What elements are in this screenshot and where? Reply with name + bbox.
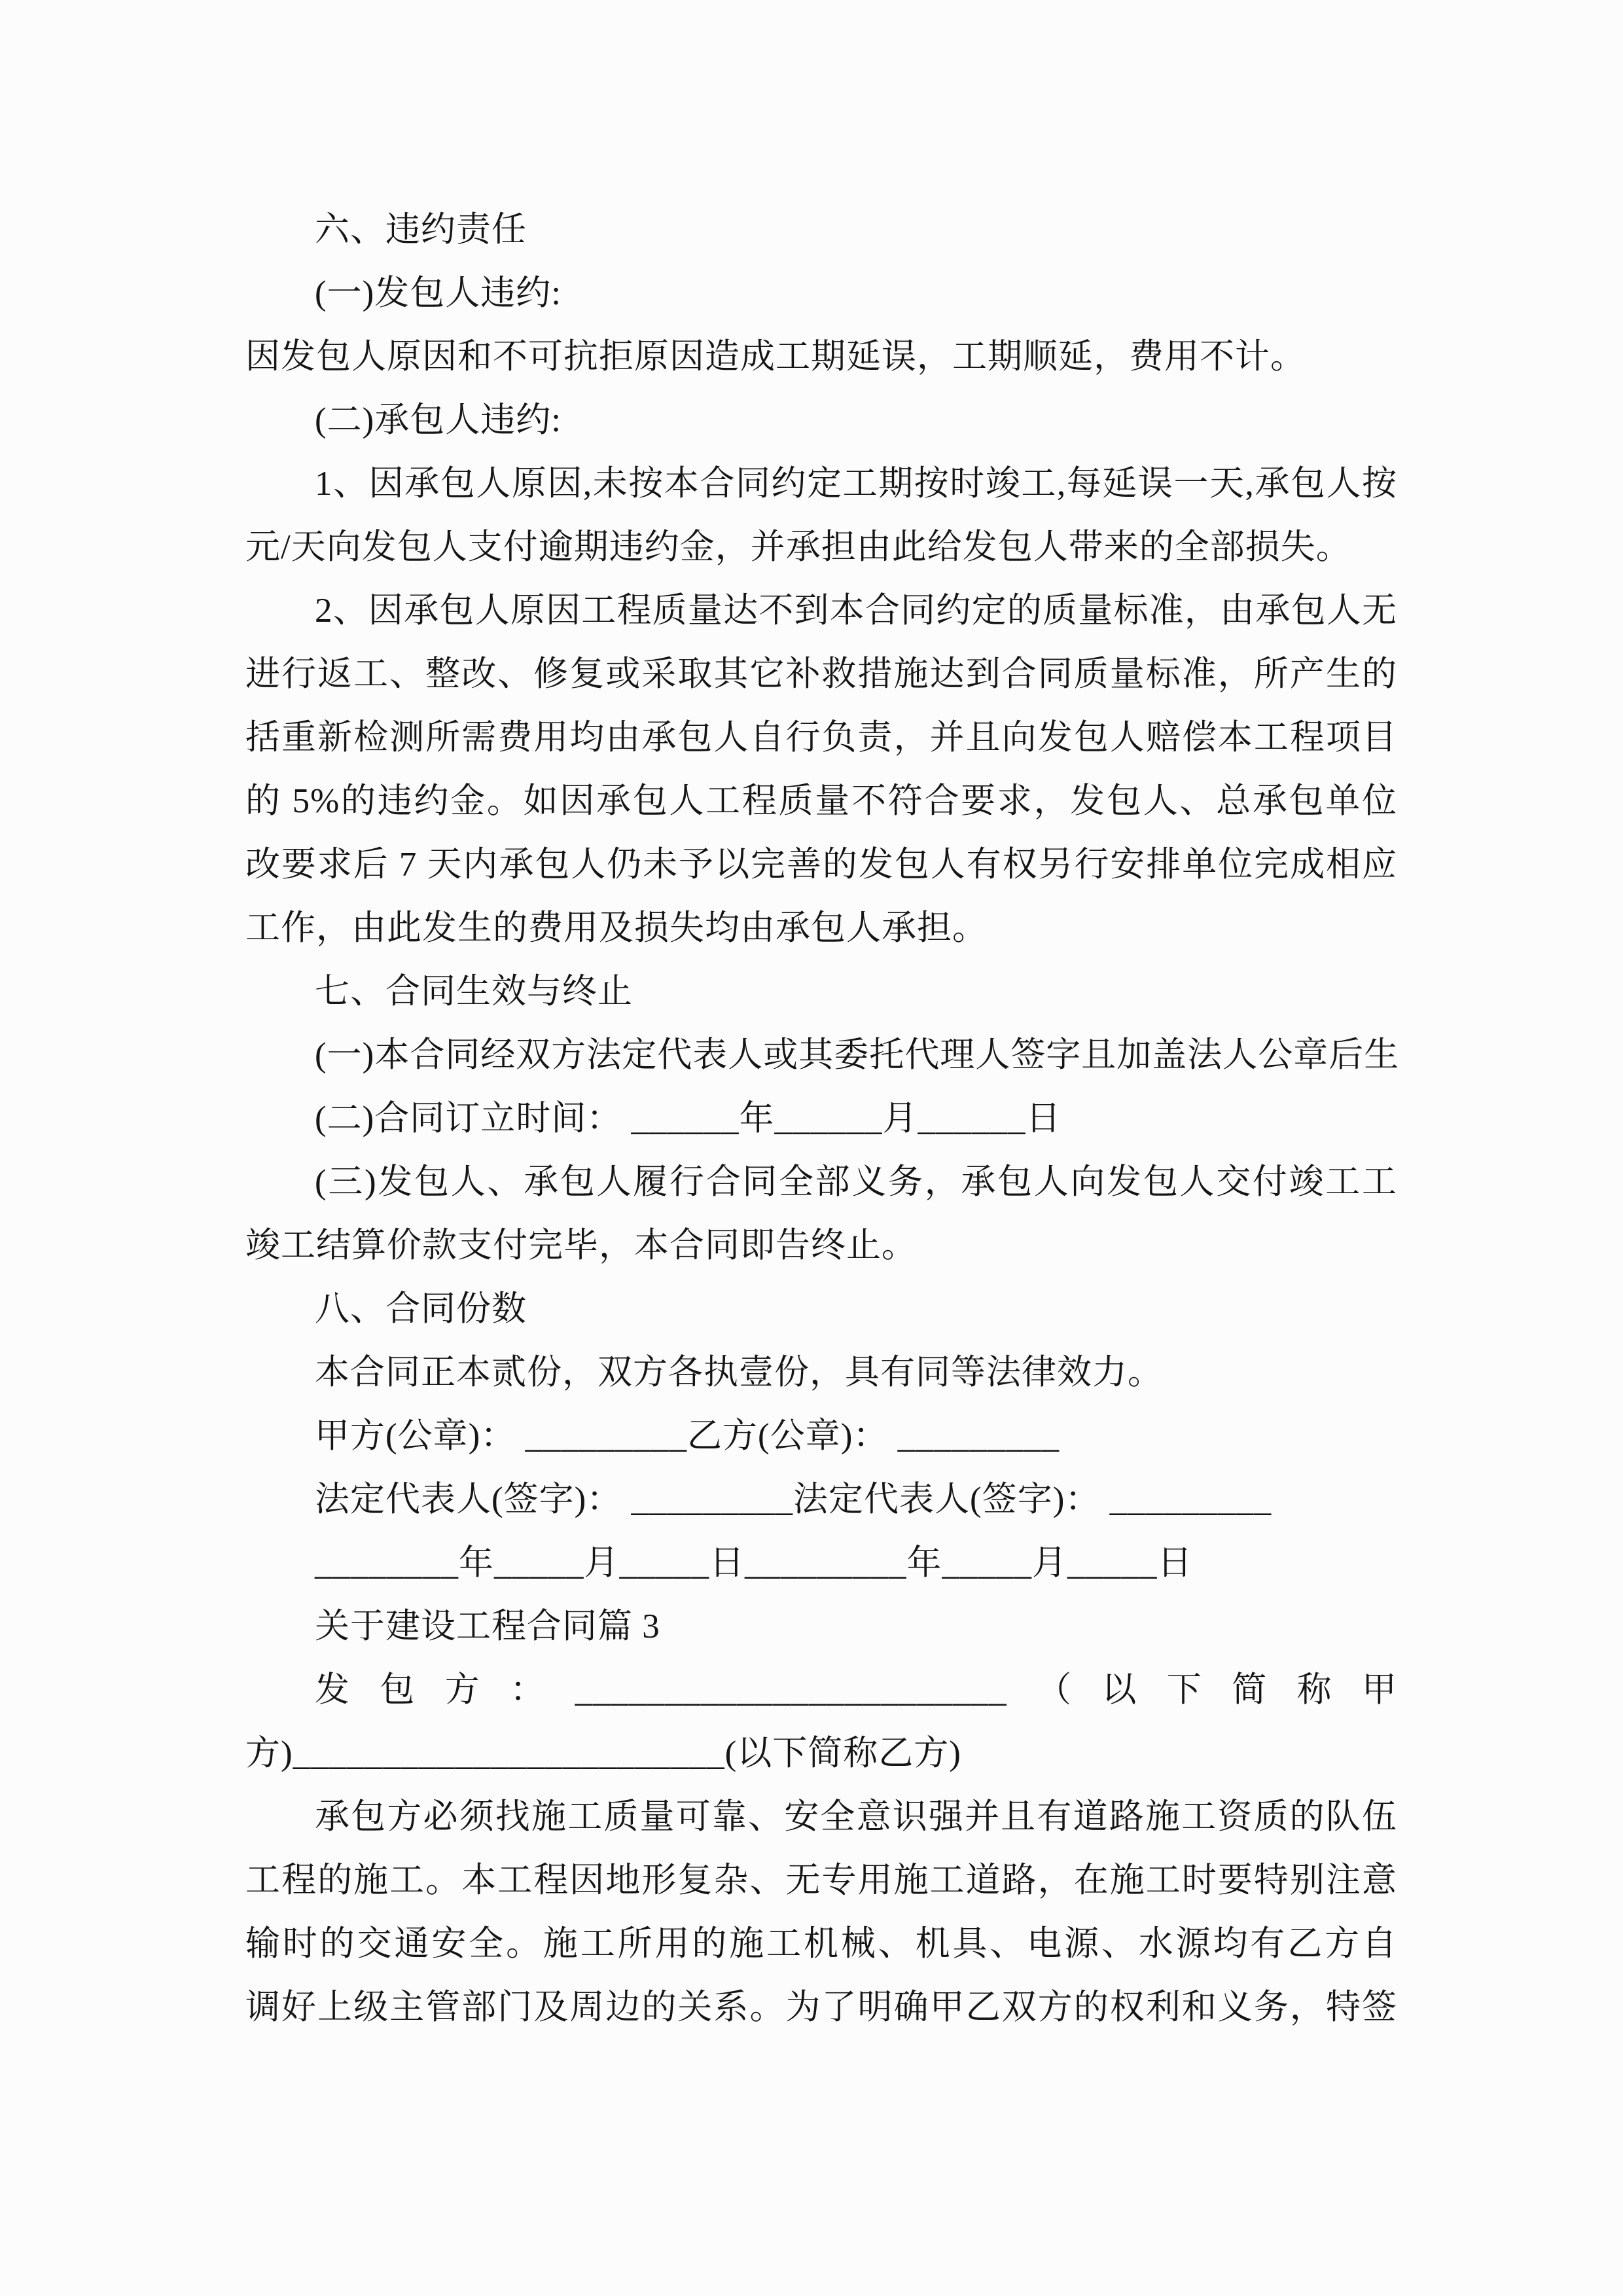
document-line: (一)本合同经双方法定代表人或其委托代理人签字且加盖法人公章后生效。: [245, 1024, 1397, 1087]
document-line: 括重新检测所需费用均由承包人自行负责，并且向发包人赔偿本工程项目总造价: [245, 706, 1397, 770]
document-line: 六、违约责任: [245, 198, 1397, 262]
document-line: 调好上级主管部门及周边的关系。为了明确甲乙双方的权利和义务，特签订本合: [245, 1976, 1397, 2039]
document-line: 的 5%的违约金。如因承包人工程质量不符合要求，发包人、总承包单位提出整: [245, 770, 1397, 833]
document-line: 工作，由此发生的费用及损失均由承包人承担。: [245, 897, 1397, 960]
document-line: (二)合同订立时间： ______年______月______日: [245, 1087, 1397, 1151]
document-line: 发包方：________________________（以下简称甲: [245, 1659, 1397, 1722]
document-line: 因发包人原因和不可抗拒原因造成工期延误，工期顺延，费用不计。: [245, 325, 1397, 389]
document-line: 方)________________________(以下简称乙方): [245, 1722, 1397, 1785]
document-line: 竣工结算价款支付完毕，本合同即告终止。: [245, 1214, 1397, 1278]
document-line: 本合同正本贰份，双方各执壹份，具有同等法律效力。: [245, 1341, 1397, 1405]
document-line: 关于建设工程合同篇 3: [245, 1595, 1397, 1659]
document-line: (一)发包人违约:: [245, 262, 1397, 325]
document-line: ________年_____月_____日_________年_____月___…: [245, 1532, 1397, 1595]
document-line: 进行返工、整改、修复或采取其它补救措施达到合同质量标准，所产生的费用包: [245, 643, 1397, 706]
document-line: (三)发包人、承包人履行合同全部义务，承包人向发包人交付竣工工程后，: [245, 1151, 1397, 1214]
document-line: 2、因承包人原因工程质量达不到本合同约定的质量标准，由承包人无条件: [245, 579, 1397, 643]
contract-body: 六、违约责任(一)发包人违约:因发包人原因和不可抗拒原因造成工期延误，工期顺延，…: [245, 198, 1397, 2039]
document-line: 八、合同份数: [245, 1278, 1397, 1341]
document-line: (二)承包人违约:: [245, 389, 1397, 452]
contract-page: 六、违约责任(一)发包人违约:因发包人原因和不可抗拒原因造成工期延误，工期顺延，…: [0, 0, 1623, 2296]
document-line: 甲方(公章)： _________乙方(公章)： _________: [245, 1405, 1397, 1468]
document-line: 改要求后 7 天内承包人仍未予以完善的发包人有权另行安排单位完成相应整改: [245, 833, 1397, 897]
document-line: 输时的交通安全。施工所用的施工机械、机具、电源、水源均有乙方自备，并协: [245, 1912, 1397, 1976]
document-line: 元/天向发包人支付逾期违约金，并承担由此给发包人带来的全部损失。: [245, 516, 1397, 579]
document-line: 工程的施工。本工程因地形复杂、无专用施工道路，在施工时要特别注意材料运: [245, 1849, 1397, 1912]
document-line: 1、因承包人原因,未按本合同约定工期按时竣工,每延误一天,承包人按 1000: [245, 452, 1397, 516]
document-line: 承包方必须找施工质量可靠、安全意识强并且有道路施工资质的队伍负责本: [245, 1785, 1397, 1849]
document-line: 法定代表人(签字)： _________法定代表人(签字)： _________: [245, 1468, 1397, 1532]
document-line: 七、合同生效与终止: [245, 960, 1397, 1024]
